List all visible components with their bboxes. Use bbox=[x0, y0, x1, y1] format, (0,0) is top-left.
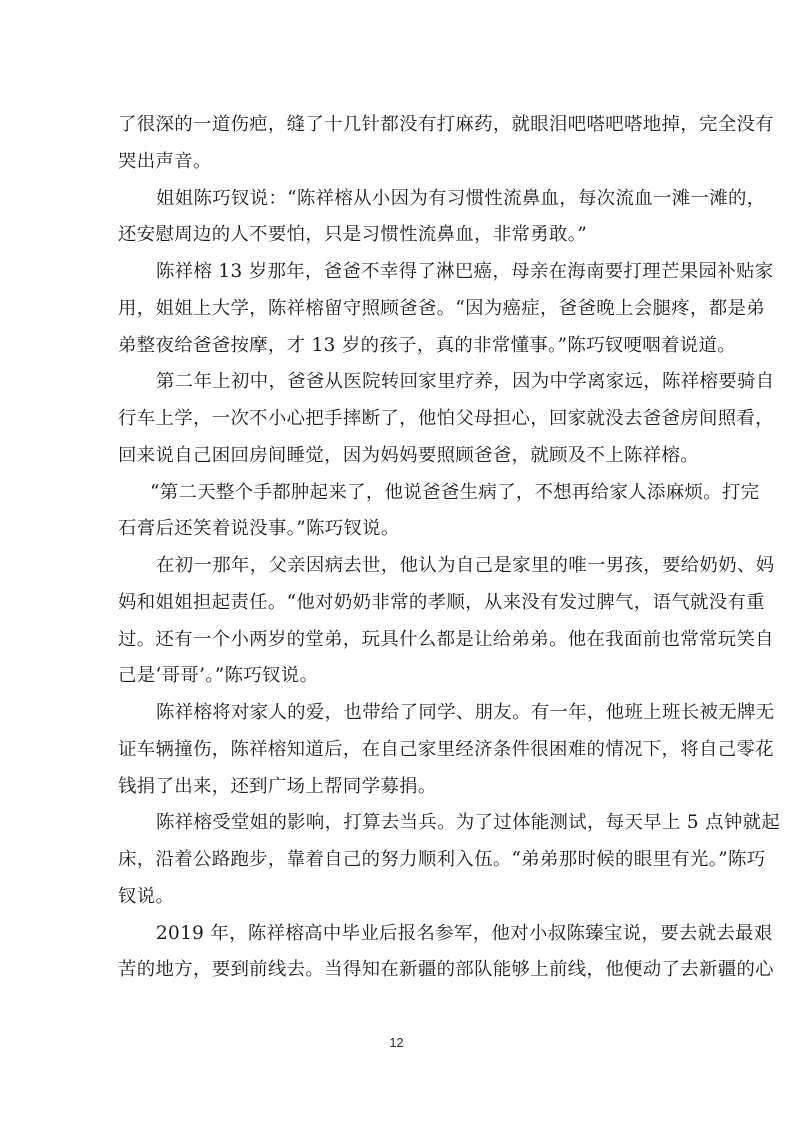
text-line: 证车辆撞伤，陈祥榕知道后，在自己家里经济条件很困难的情况下，将自己零花 bbox=[118, 732, 674, 769]
text-line: 弟整夜给爸爸按摩，才 13 岁的孩子，真的非常懂事。”陈巧钗哽咽着说道。 bbox=[118, 328, 674, 365]
text-line: 姐姐陈巧钗说：“陈祥榕从小因为有习惯性流鼻血，每次流血一滩一滩的， bbox=[118, 181, 674, 218]
text-line: 了很深的一道伤疤，缝了十几针都没有打麻药，就眼泪吧嗒吧嗒地掉，完全没有 bbox=[118, 107, 674, 144]
text-line: 陈祥榕将对家人的爱，也带给了同学、朋友。有一年，他班上班长被无牌无 bbox=[118, 695, 674, 732]
paragraph: 在初一那年，父亲因病去世，他认为自己是家里的唯一男孩，要给奶奶、妈 妈和姐姐担起… bbox=[118, 548, 674, 695]
text-line: 妈和姐姐担起责任。“他对奶奶非常的孝顺，从来没有发过脾气，语气就没有重 bbox=[118, 585, 674, 622]
paragraph: 了很深的一道伤疤，缝了十几针都没有打麻药，就眼泪吧嗒吧嗒地掉，完全没有 哭出声音… bbox=[118, 107, 674, 181]
text-line: 苦的地方，要到前线去。当得知在新疆的部队能够上前线，他便动了去新疆的心 bbox=[118, 952, 674, 989]
paragraph: “第二天整个手都肿起来了，他说爸爸生病了，不想再给家人添麻烦。打完 石膏后还笑着… bbox=[118, 475, 674, 549]
text-line: 陈祥榕受堂姐的影响，打算去当兵。为了过体能测试，每天早上 5 点钟就起 bbox=[118, 805, 674, 842]
paragraph: 第二年上初中，爸爸从医院转回家里疗养，因为中学离家远，陈祥榕要骑自 行车上学，一… bbox=[118, 364, 674, 474]
text-line: 哭出声音。 bbox=[118, 144, 674, 181]
page-number: 12 bbox=[0, 1036, 793, 1050]
paragraph: 陈祥榕受堂姐的影响，打算去当兵。为了过体能测试，每天早上 5 点钟就起 床，沿着… bbox=[118, 805, 674, 915]
text-line: 回来说自己困回房间睡觉，因为妈妈要照顾爸爸，就顾及不上陈祥榕。 bbox=[118, 438, 674, 475]
text-line: 用，姐姐上大学，陈祥榕留守照顾爸爸。“因为癌症，爸爸晚上会腿疼，都是弟 bbox=[118, 291, 674, 328]
text-line: 还安慰周边的人不要怕，只是习惯性流鼻血，非常勇敢。” bbox=[118, 217, 674, 254]
body-text: 了很深的一道伤疤，缝了十几针都没有打麻药，就眼泪吧嗒吧嗒地掉，完全没有 哭出声音… bbox=[118, 107, 674, 989]
paragraph: 陈祥榕将对家人的爱，也带给了同学、朋友。有一年，他班上班长被无牌无 证车辆撞伤，… bbox=[118, 695, 674, 805]
text-line: 陈祥榕 13 岁那年，爸爸不幸得了淋巴癌，母亲在海南要打理芒果园补贴家 bbox=[118, 254, 674, 291]
text-line: 床，沿着公路跑步，靠着自己的努力顺利入伍。“弟弟那时候的眼里有光。”陈巧 bbox=[118, 842, 674, 879]
text-line: 钱捐了出来，还到广场上帮同学募捐。 bbox=[118, 769, 674, 806]
document-page: 了很深的一道伤疤，缝了十几针都没有打麻药，就眼泪吧嗒吧嗒地掉，完全没有 哭出声音… bbox=[0, 0, 793, 1122]
text-line: 行车上学，一次不小心把手摔断了，他怕父母担心，回家就没去爸爸房间照看， bbox=[118, 401, 674, 438]
text-line: 在初一那年，父亲因病去世，他认为自己是家里的唯一男孩，要给奶奶、妈 bbox=[118, 548, 674, 585]
paragraph: 2019 年，陈祥榕高中毕业后报名参军，他对小叔陈臻宝说，要去就去最艰 苦的地方… bbox=[118, 916, 674, 990]
text-line: 钗说。 bbox=[118, 879, 674, 916]
text-line: 第二年上初中，爸爸从医院转回家里疗养，因为中学离家远，陈祥榕要骑自 bbox=[118, 364, 674, 401]
paragraph: 陈祥榕 13 岁那年，爸爸不幸得了淋巴癌，母亲在海南要打理芒果园补贴家 用，姐姐… bbox=[118, 254, 674, 364]
text-line: 2019 年，陈祥榕高中毕业后报名参军，他对小叔陈臻宝说，要去就去最艰 bbox=[118, 916, 674, 953]
paragraph: 姐姐陈巧钗说：“陈祥榕从小因为有习惯性流鼻血，每次流血一滩一滩的， 还安慰周边的… bbox=[118, 181, 674, 255]
text-line: “第二天整个手都肿起来了，他说爸爸生病了，不想再给家人添麻烦。打完 bbox=[118, 475, 674, 512]
text-line: 石膏后还笑着说没事。”陈巧钗说。 bbox=[118, 511, 674, 548]
text-line: 己是‘哥哥’。”陈巧钗说。 bbox=[118, 658, 674, 695]
text-line: 过。还有一个小两岁的堂弟，玩具什么都是让给弟弟。他在我面前也常常玩笑自 bbox=[118, 622, 674, 659]
